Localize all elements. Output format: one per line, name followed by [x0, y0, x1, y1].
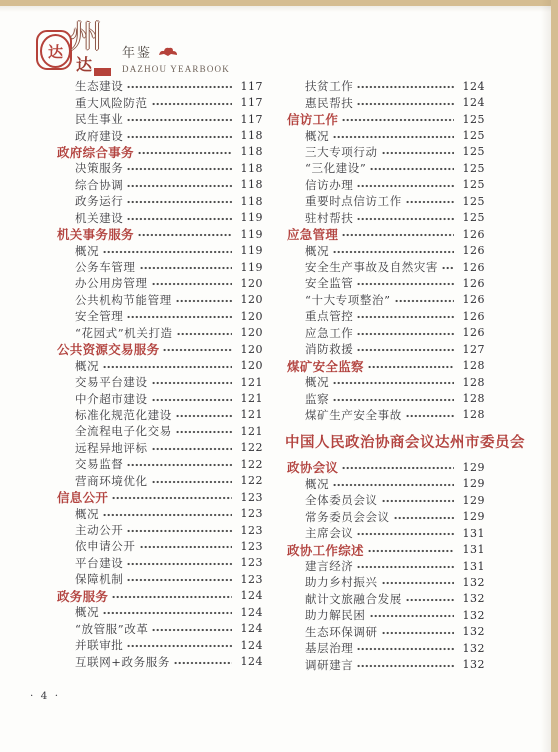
toc-entry: “花园式”机关打造120: [57, 325, 263, 341]
dot-leader: [368, 545, 454, 557]
toc-entry: 公务车管理119: [57, 259, 263, 275]
entry-page-number: 131: [459, 527, 485, 540]
entry-page-number: 118: [237, 195, 263, 208]
dot-leader: [357, 328, 454, 340]
entry-page-number: 128: [459, 392, 485, 405]
dot-leader: [127, 311, 232, 323]
entry-title: “花园式”机关打造: [57, 325, 173, 341]
seal-icon: 达: [36, 30, 72, 70]
toc-entry: 概况124: [57, 604, 263, 620]
dot-leader: [333, 246, 454, 258]
entry-page-number: 129: [459, 510, 485, 523]
entry-title: 重要时点信访工作: [287, 193, 402, 209]
toc-entry: 并联审批124: [57, 637, 263, 653]
dot-leader: [382, 577, 454, 589]
entry-title: 机关事务服务: [57, 225, 134, 243]
toc-entry: 安全管理120: [57, 308, 263, 324]
entry-title: 安全管理: [57, 308, 123, 324]
scan-shadow-top: [0, 6, 558, 12]
toc-entry: 标准化规范化建设121: [57, 407, 263, 423]
dot-leader: [357, 311, 454, 323]
cloud-icon: [157, 46, 179, 57]
entry-title: 概况: [287, 476, 329, 492]
entry-page-number: 128: [459, 376, 485, 389]
dot-leader: [176, 426, 232, 438]
toc-entry: 扶贫工作124: [287, 78, 485, 94]
seal-circle: 达: [40, 34, 71, 68]
entry-page-number: 125: [459, 178, 485, 191]
entry-title: 远程异地评标: [57, 440, 148, 456]
entry-title: 保障机制: [57, 571, 123, 587]
toc-entry: 平台建设123: [57, 555, 263, 571]
entry-page-number: 122: [237, 474, 263, 487]
entry-page-number: 121: [237, 408, 263, 421]
page-number: · 4 ·: [30, 690, 60, 702]
entry-page-number: 120: [237, 277, 263, 290]
toc-entry: 基层治理132: [287, 640, 485, 656]
entry-title: 公共资源交易服务: [57, 340, 159, 358]
entry-page-number: 125: [459, 145, 485, 158]
toc-entry: 建言经济131: [287, 558, 485, 574]
entry-page-number: 119: [237, 244, 263, 257]
entry-title: “放管服”改革: [57, 621, 148, 637]
entry-page-number: 117: [237, 113, 263, 126]
dot-leader: [442, 262, 454, 274]
toc-entry: 概况126: [287, 242, 485, 258]
entry-page-number: 126: [459, 293, 485, 306]
entry-title: 全体委员会议: [287, 492, 378, 508]
toc-entry: 监察128: [287, 390, 485, 406]
toc-entry: 安全监管126: [287, 275, 485, 291]
dot-leader: [152, 394, 232, 406]
yearbook-title-cn: 年鉴: [122, 42, 152, 61]
entry-page-number: 129: [459, 461, 485, 474]
toc-section-entry: 信访工作125: [287, 111, 485, 127]
entry-title: 驻村帮扶: [287, 210, 353, 226]
entry-title: 营商环境优化: [57, 473, 148, 489]
entry-page-number: 123: [237, 556, 263, 569]
toc-right-bottom-list: 政协会议129概况129全体委员会议129常务委员会会议129主席会议131政协…: [287, 459, 485, 673]
dot-leader: [357, 180, 454, 192]
entry-title: 主动公开: [57, 522, 123, 538]
dot-leader: [152, 476, 232, 488]
entry-title: 政府综合事务: [57, 143, 134, 161]
toc-entry: 远程异地评标122: [57, 440, 263, 456]
entry-page-number: 120: [237, 359, 263, 372]
entry-title: 献计文旅融合发展: [287, 591, 402, 607]
dot-leader: [103, 509, 232, 521]
toc-entry: “十大专项整治”126: [287, 292, 485, 308]
entry-page-number: 131: [459, 560, 485, 573]
toc-entry: 煤矿生产安全事故128: [287, 407, 485, 423]
entry-title: 生态环保调研: [287, 624, 378, 640]
entry-title: 标准化规范化建设: [57, 407, 172, 423]
toc-section-entry: 煤矿安全监察128: [287, 357, 485, 373]
entry-title: 信访办理: [287, 177, 353, 193]
entry-page-number: 121: [237, 425, 263, 438]
toc-entry: 助力乡村振兴132: [287, 574, 485, 590]
entry-page-number: 124: [237, 639, 263, 652]
toc-entry: 献计文旅融合发展132: [287, 591, 485, 607]
toc-entry: 决策服务118: [57, 160, 263, 176]
dot-leader: [127, 114, 232, 126]
entry-page-number: 126: [459, 310, 485, 323]
dot-leader: [127, 213, 232, 225]
toc-entry: 调研建言132: [287, 656, 485, 672]
toc-entry: 重大风险防范117: [57, 94, 263, 110]
toc-entry: 概况123: [57, 505, 263, 521]
entry-title: 主席会议: [287, 525, 353, 541]
entry-page-number: 126: [459, 261, 485, 274]
entry-page-number: 124: [459, 80, 485, 93]
dot-leader: [357, 528, 454, 540]
entry-page-number: 122: [237, 441, 263, 454]
dot-leader: [127, 196, 232, 208]
entry-title: 煤矿安全监察: [287, 357, 364, 375]
logo-zhou-character: 州: [70, 20, 102, 52]
entry-page-number: 118: [237, 162, 263, 175]
entry-page-number: 132: [459, 642, 485, 655]
entry-title: 政府建设: [57, 128, 123, 144]
dot-leader: [382, 627, 454, 639]
toc-entry: 全流程电子化交易121: [57, 423, 263, 439]
entry-title: 决策服务: [57, 160, 123, 176]
dot-leader: [333, 479, 454, 491]
entry-title: “十大专项整治”: [287, 292, 391, 308]
toc-section-entry: 应急管理126: [287, 226, 485, 242]
entry-page-number: 123: [237, 507, 263, 520]
toc-entry: “放管服”改革124: [57, 620, 263, 636]
entry-page-number: 128: [459, 408, 485, 421]
entry-title: 安全监管: [287, 275, 353, 291]
entry-title: 惠民帮扶: [287, 95, 353, 111]
dot-leader: [370, 163, 454, 175]
entry-title: 公务车管理: [57, 259, 136, 275]
entry-title: 助力解民困: [287, 607, 366, 623]
toc-entry: 概况125: [287, 127, 485, 143]
dot-leader: [140, 262, 233, 274]
toc-entry: 主动公开123: [57, 522, 263, 538]
entry-page-number: 124: [237, 589, 263, 602]
entry-page-number: 132: [459, 658, 485, 671]
dot-leader: [406, 594, 454, 606]
dot-leader: [103, 246, 232, 258]
toc-entry: 政务运行118: [57, 193, 263, 209]
dot-leader: [382, 147, 454, 159]
entry-page-number: 122: [237, 458, 263, 471]
scan-edge-right: [551, 0, 558, 752]
entry-page-number: 129: [459, 477, 485, 490]
entry-title: 政务服务: [57, 587, 108, 605]
entry-title: 概况: [57, 358, 99, 374]
toc-entry: 中介超市建设121: [57, 390, 263, 406]
toc-entry: 主席会议131: [287, 525, 485, 541]
dot-leader: [152, 377, 232, 389]
entry-title: 三大专项行动: [287, 144, 378, 160]
dot-leader: [406, 196, 454, 208]
toc-section-entry: 政府综合事务118: [57, 144, 263, 160]
toc-right-top-list: 扶贫工作124惠民帮扶124信访工作125概况125三大专项行动125“三化建设…: [287, 78, 485, 423]
entry-title: 全流程电子化交易: [57, 423, 172, 439]
entry-title: 重点管控: [287, 308, 353, 324]
entry-page-number: 132: [459, 592, 485, 605]
entry-title: 民生事业: [57, 111, 123, 127]
dot-leader: [127, 81, 232, 93]
entry-title: 监察: [287, 391, 329, 407]
entry-title: 概况: [287, 374, 329, 390]
entry-title: 调研建言: [287, 657, 353, 673]
toc-entry: 互联网+政务服务124: [57, 653, 263, 669]
dot-leader: [357, 643, 454, 655]
entry-page-number: 123: [237, 540, 263, 553]
entry-title: 政协会议: [287, 458, 338, 476]
entry-title: 安全生产事故及自然灾害: [287, 259, 438, 275]
entry-page-number: 125: [459, 162, 485, 175]
dot-leader: [357, 660, 454, 672]
dot-leader: [368, 361, 454, 373]
entry-title: 消防救援: [287, 341, 353, 357]
toc-part-title: 中国人民政治协商会议达州市委员会: [287, 423, 523, 459]
entry-title: 信访工作: [287, 110, 338, 128]
entry-title: 助力乡村振兴: [287, 574, 378, 590]
dot-leader: [174, 657, 232, 669]
entry-title: 应急管理: [287, 225, 338, 243]
entry-page-number: 124: [237, 655, 263, 668]
entry-title: 互联网+政务服务: [57, 654, 170, 670]
toc-section-entry: 公共资源交易服务120: [57, 341, 263, 357]
dot-leader: [357, 98, 454, 110]
entry-title: 机关建设: [57, 210, 123, 226]
entry-title: 办公用房管理: [57, 275, 148, 291]
dot-leader: [342, 114, 454, 126]
entry-page-number: 120: [237, 310, 263, 323]
dot-leader: [152, 98, 232, 110]
entry-page-number: 119: [237, 261, 263, 274]
toc-section-entry: 政协会议129: [287, 459, 485, 475]
dot-leader: [406, 410, 454, 422]
entry-title: 煤矿生产安全事故: [287, 407, 402, 423]
entry-page-number: 127: [459, 343, 485, 356]
entry-page-number: 119: [237, 211, 263, 224]
entry-page-number: 118: [237, 129, 263, 142]
dot-leader: [103, 361, 232, 373]
yearbook-title-en: DAZHOU YEARBOOK: [122, 64, 230, 74]
entry-title: 建言经济: [287, 558, 353, 574]
dot-leader: [357, 81, 454, 93]
entry-page-number: 132: [459, 625, 485, 638]
entry-page-number: 126: [459, 228, 485, 241]
entry-title: 重大风险防范: [57, 95, 148, 111]
logo-da-character: 达: [76, 52, 92, 75]
entry-title: 生态建设: [57, 78, 123, 94]
dot-leader: [140, 541, 233, 553]
entry-title: 基层治理: [287, 640, 353, 656]
toc-entry: 概况129: [287, 476, 485, 492]
toc-entry: 综合协调118: [57, 177, 263, 193]
dot-leader: [177, 328, 232, 340]
entry-page-number: 132: [459, 576, 485, 589]
entry-title: 信息公开: [57, 488, 108, 506]
toc-section-entry: 政协工作综述131: [287, 541, 485, 557]
toc-entry: 交易平台建设121: [57, 374, 263, 390]
dot-leader: [138, 229, 232, 241]
dot-leader: [103, 607, 232, 619]
toc-entry: 助力解民困132: [287, 607, 485, 623]
toc-entry: 营商环境优化122: [57, 473, 263, 489]
dot-leader: [176, 410, 232, 422]
toc-entry: 全体委员会议129: [287, 492, 485, 508]
entry-page-number: 128: [459, 359, 485, 372]
entry-title: 应急工作: [287, 325, 353, 341]
entry-title: 交易平台建设: [57, 374, 148, 390]
dot-leader: [163, 344, 232, 356]
dot-leader: [395, 295, 454, 307]
toc-entry: 惠民帮扶124: [287, 94, 485, 110]
toc-column-left: 生态建设117重大风险防范117民生事业117政府建设118政府综合事务118决…: [57, 78, 263, 670]
toc-entry: 重要时点信访工作125: [287, 193, 485, 209]
entry-title: 概况: [57, 243, 99, 259]
entry-title: 概况: [287, 128, 329, 144]
scan-shadow-right: [541, 0, 551, 752]
toc-entry: 三大专项行动125: [287, 144, 485, 160]
dot-leader: [138, 147, 232, 159]
entry-title: 概况: [57, 604, 99, 620]
logo-red-bar: [94, 68, 111, 76]
dot-leader: [112, 492, 232, 504]
entry-page-number: 124: [237, 606, 263, 619]
entry-page-number: 120: [237, 326, 263, 339]
seal-character: 达: [48, 41, 63, 62]
dot-leader: [333, 377, 454, 389]
dot-leader: [333, 131, 454, 143]
entry-page-number: 126: [459, 277, 485, 290]
dot-leader: [112, 591, 232, 603]
entry-page-number: 126: [459, 326, 485, 339]
toc-entry: 概况128: [287, 374, 485, 390]
dot-leader: [342, 229, 454, 241]
entry-page-number: 131: [459, 543, 485, 556]
entry-page-number: 124: [237, 622, 263, 635]
dot-leader: [127, 131, 232, 143]
entry-title: 平台建设: [57, 555, 123, 571]
entry-page-number: 118: [237, 178, 263, 191]
entry-page-number: 120: [237, 343, 263, 356]
dot-leader: [176, 295, 232, 307]
entry-title: 扶贫工作: [287, 78, 353, 94]
entry-title: 综合协调: [57, 177, 123, 193]
entry-title: 依申请公开: [57, 538, 136, 554]
dot-leader: [357, 344, 454, 356]
toc-entry: 民生事业117: [57, 111, 263, 127]
toc-entry: 保障机制123: [57, 571, 263, 587]
toc-entry: 机关建设119: [57, 210, 263, 226]
entry-page-number: 121: [237, 376, 263, 389]
entry-page-number: 129: [459, 494, 485, 507]
entry-title: 公共机构节能管理: [57, 292, 172, 308]
entry-title: 政协工作综述: [287, 541, 364, 559]
entry-title: 中介超市建设: [57, 391, 148, 407]
toc-entry: 重点管控126: [287, 308, 485, 324]
entry-title: 交易监督: [57, 456, 123, 472]
entry-page-number: 123: [237, 524, 263, 537]
toc-entry: 依申请公开123: [57, 538, 263, 554]
dot-leader: [357, 561, 454, 573]
entry-page-number: 123: [237, 573, 263, 586]
toc-entry: 交易监督122: [57, 456, 263, 472]
dot-leader: [127, 640, 232, 652]
dot-leader: [127, 558, 232, 570]
dot-leader: [333, 394, 454, 406]
toc-entry: 办公用房管理120: [57, 275, 263, 291]
entry-page-number: 125: [459, 113, 485, 126]
entry-page-number: 117: [237, 80, 263, 93]
entry-title: 政务运行: [57, 193, 123, 209]
dot-leader: [357, 278, 454, 290]
dot-leader: [127, 459, 232, 471]
dot-leader: [127, 574, 232, 586]
toc-entry: 驻村帮扶125: [287, 210, 485, 226]
scanned-toc-page: 达 州 达 年鉴 DAZHOU YEARBOOK 生态建设117重大风险防范11…: [0, 0, 558, 752]
toc-section-entry: 政务服务124: [57, 588, 263, 604]
entry-page-number: 125: [459, 195, 485, 208]
dot-leader: [127, 525, 232, 537]
entry-page-number: 117: [237, 96, 263, 109]
dot-leader: [342, 462, 454, 474]
dot-leader: [357, 213, 454, 225]
dot-leader: [382, 495, 454, 507]
toc-entry: 应急工作126: [287, 325, 485, 341]
toc-entry: 安全生产事故及自然灾害126: [287, 259, 485, 275]
toc-entry: 公共机构节能管理120: [57, 292, 263, 308]
entry-page-number: 121: [237, 392, 263, 405]
toc-entry: “三化建设”125: [287, 160, 485, 176]
entry-title: “三化建设”: [287, 160, 366, 176]
dot-leader: [152, 443, 232, 455]
entry-title: 概况: [287, 243, 329, 259]
entry-page-number: 125: [459, 211, 485, 224]
toc-column-right: 扶贫工作124惠民帮扶124信访工作125概况125三大专项行动125“三化建设…: [287, 78, 485, 673]
toc-section-entry: 机关事务服务119: [57, 226, 263, 242]
dot-leader: [370, 610, 455, 622]
toc-entry: 信访办理125: [287, 177, 485, 193]
entry-title: 并联审批: [57, 637, 123, 653]
dot-leader: [152, 278, 232, 290]
entry-page-number: 132: [459, 609, 485, 622]
dazhou-yearbook-logo: 达 州 达 年鉴 DAZHOU YEARBOOK: [36, 26, 266, 78]
toc-entry: 常务委员会会议129: [287, 509, 485, 525]
entry-page-number: 126: [459, 244, 485, 257]
entry-page-number: 120: [237, 293, 263, 306]
entry-title: 概况: [57, 506, 99, 522]
toc-entry: 生态环保调研132: [287, 624, 485, 640]
entry-page-number: 125: [459, 129, 485, 142]
entry-page-number: 124: [459, 96, 485, 109]
entry-page-number: 119: [237, 228, 263, 241]
dot-leader: [152, 624, 232, 636]
toc-section-entry: 信息公开123: [57, 489, 263, 505]
dot-leader: [394, 512, 454, 524]
entry-title: 常务委员会会议: [287, 509, 390, 525]
toc-entry: 政府建设118: [57, 127, 263, 143]
dot-leader: [127, 180, 232, 192]
toc-entry: 概况120: [57, 357, 263, 373]
entry-page-number: 118: [237, 145, 263, 158]
dot-leader: [127, 163, 232, 175]
toc-entry: 消防救援127: [287, 341, 485, 357]
toc-entry: 概况119: [57, 242, 263, 258]
entry-page-number: 123: [237, 491, 263, 504]
toc-entry: 生态建设117: [57, 78, 263, 94]
